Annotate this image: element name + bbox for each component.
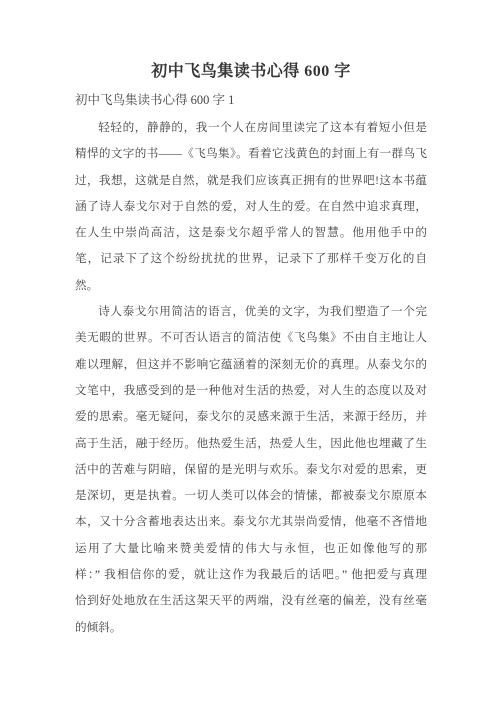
text-line: 样：” 我相信你的爱，就让这作为我最后的话吧。” 他把爱与真理 [75, 562, 427, 588]
text-line: 诗人泰戈尔用简洁的语言，优美的文字，为我们塑造了一个完 [75, 299, 427, 325]
document-page: 初中飞鸟集读书心得 600 字 初中飞鸟集读书心得 600 字 1 轻轻的，静静… [0, 0, 500, 707]
document-subtitle: 初中飞鸟集读书心得 600 字 1 [75, 92, 427, 109]
document-body: 轻轻的，静静的，我一个人在房间里读完了这本有着短小但是精悍的文字的书——《飞鸟集… [75, 115, 427, 641]
text-line: 运用了大量比喻来赞美爱情的伟大与永恒，也正如像他写的那 [75, 536, 427, 562]
text-line: 涵了诗人泰戈尔对于自然的爱，对人生的爱。在自然中追求真理， [75, 194, 427, 220]
text-line: 轻轻的，静静的，我一个人在房间里读完了这本有着短小但是 [75, 115, 427, 141]
text-line: 活中的苦难与阴暗，保留的是光明与欢乐。泰戈尔对爱的思索，更 [75, 457, 427, 483]
text-line: 在人生中崇尚高洁，这是泰戈尔超乎常人的智慧。他用他手中的 [75, 220, 427, 246]
text-line: 然。 [75, 273, 427, 299]
paragraph: 轻轻的，静静的，我一个人在房间里读完了这本有着短小但是精悍的文字的书——《飞鸟集… [75, 115, 427, 299]
text-line: 精悍的文字的书——《飞鸟集》。看着它浅黄色的封面上有一群鸟飞 [75, 141, 427, 167]
text-line: 爱的思索。毫无疑问，泰戈尔的灵感来源于生活，来源于经历，并 [75, 404, 427, 430]
text-line: 是深切，更是执着。一切人类可以体会的情愫，都被泰戈尔原原本 [75, 483, 427, 509]
text-line: 恰到好处地放在生活这架天平的两端，没有丝毫的偏差，没有丝毫 [75, 588, 427, 614]
text-line: 文笔中，我感受到的是一种他对生活的热爱，对人生的态度以及对 [75, 378, 427, 404]
text-line: 本，又十分含蓄地表达出来。泰戈尔尤其崇尚爱情，他毫不吝惜地 [75, 509, 427, 535]
text-line: 高于生活，融于经历。他热爱生活，热爱人生，因此他也埋藏了生 [75, 431, 427, 457]
text-line: 的倾斜。 [75, 615, 427, 641]
text-line: 过，我想，这就是自然，就是我们应该真正拥有的世界吧!这本书蕴 [75, 168, 427, 194]
paragraph: 诗人泰戈尔用简洁的语言，优美的文字，为我们塑造了一个完美无暇的世界。不可否认语言… [75, 299, 427, 641]
text-line: 笔，记录下了这个纷纷扰扰的世界，记录下了那样千变万化的自 [75, 246, 427, 272]
text-line: 难以理解，但这并不影响它蕴涵着的深刻无价的真理。从泰戈尔的 [75, 352, 427, 378]
text-line: 美无暇的世界。不可否认语言的简洁使《飞鸟集》不由自主地让人 [75, 325, 427, 351]
document-title: 初中飞鸟集读书心得 600 字 [75, 62, 427, 82]
